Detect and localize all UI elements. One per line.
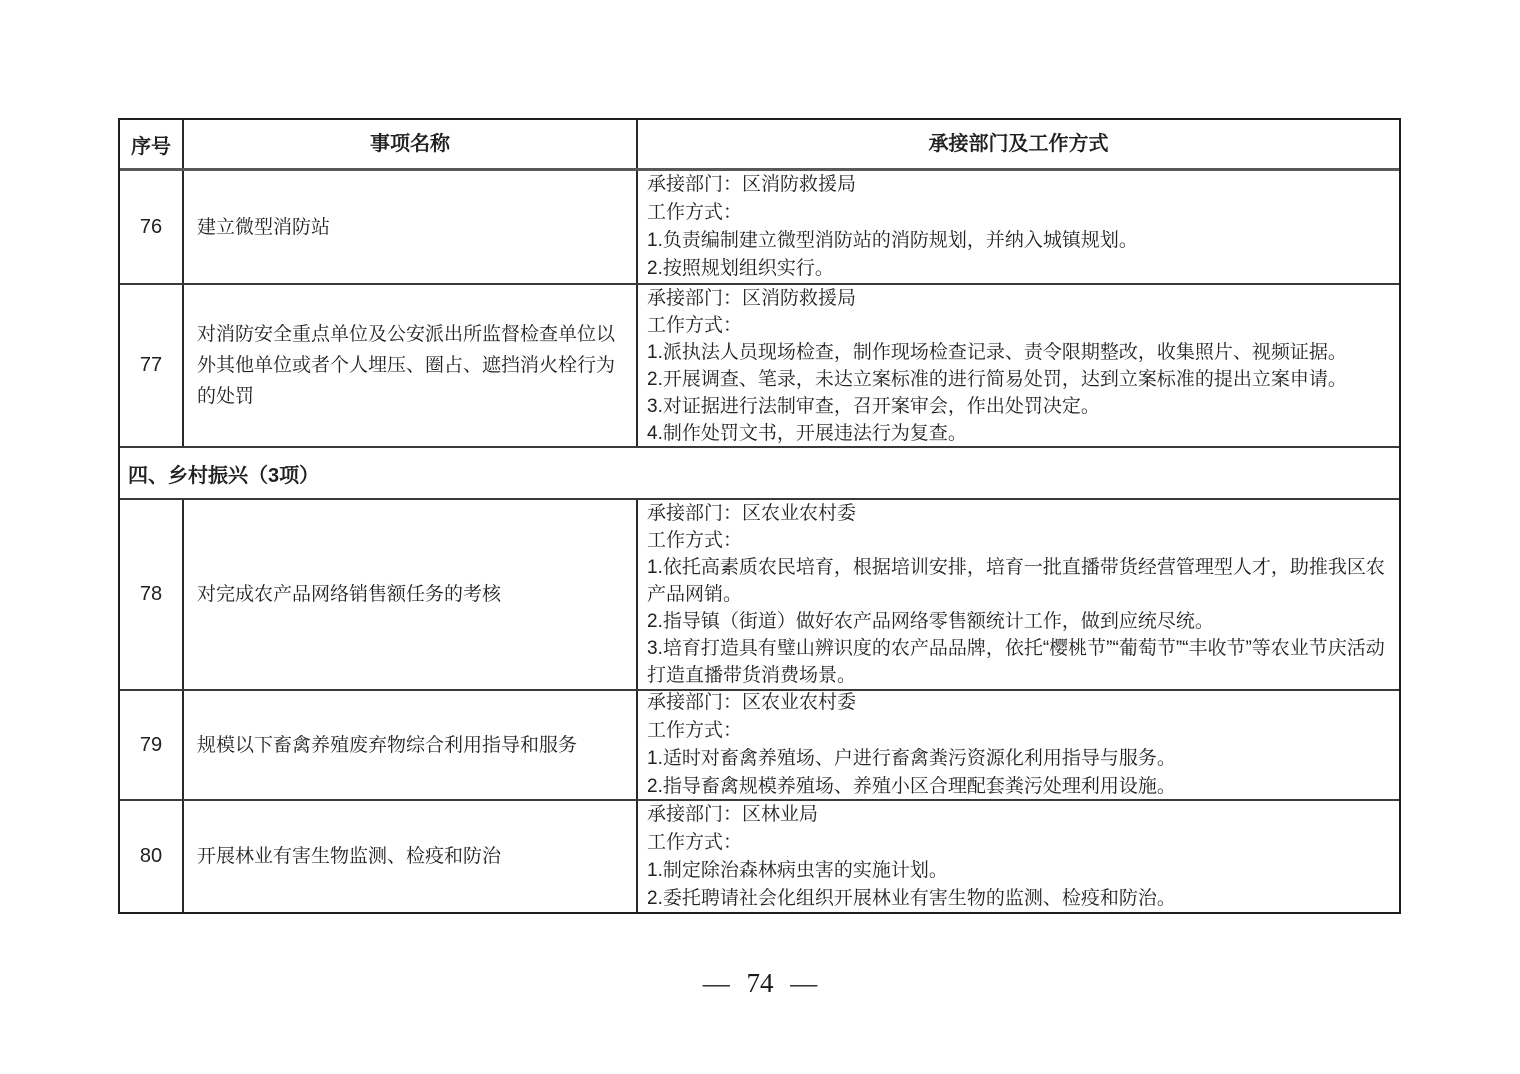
items-table: 序号 事项名称 承接部门及工作方式 76 建立微型消防站 承接部门：区消防救援局… [118, 118, 1401, 914]
detail-line: 1.派执法人员现场检查，制作现场检查记录、责令限期整改，收集照片、视频证据。 [647, 339, 1395, 366]
detail-line: 工作方式： [647, 312, 1395, 339]
cell-detail: 承接部门：区林业局 工作方式： 1.制定除治森林病虫害的实施计划。 2.委托聘请… [638, 801, 1399, 912]
document-page: 序号 事项名称 承接部门及工作方式 76 建立微型消防站 承接部门：区消防救援局… [0, 0, 1520, 1074]
table-row-78: 78 对完成农产品网络销售额任务的考核 承接部门：区农业农村委 工作方式： 1.… [120, 500, 1399, 691]
table-header-row: 序号 事项名称 承接部门及工作方式 [120, 120, 1399, 171]
detail-line: 2.指导镇（街道）做好农产品网络零售额统计工作，做到应统尽统。 [647, 608, 1395, 635]
detail-line: 1.依托高素质农民培育，根据培训安排，培育一批直播带货经营管理型人才，助推我区农… [647, 554, 1395, 608]
table-row-80: 80 开展林业有害生物监测、检疫和防治 承接部门：区林业局 工作方式： 1.制定… [120, 801, 1399, 912]
header-cell-name: 事项名称 [184, 120, 638, 168]
detail-line: 1.制定除治森林病虫害的实施计划。 [647, 857, 1395, 885]
detail-line: 承接部门：区林业局 [647, 801, 1395, 829]
cell-item-name: 建立微型消防站 [184, 171, 638, 283]
cell-seq: 77 [120, 285, 184, 446]
detail-line: 4.制作处罚文书，开展违法行为复查。 [647, 420, 1395, 447]
cell-item-name: 对消防安全重点单位及公安派出所监督检查单位以外其他单位或者个人埋压、圈占、遮挡消… [184, 285, 638, 446]
cell-detail: 承接部门：区消防救援局 工作方式： 1.负责编制建立微型消防站的消防规划，并纳入… [638, 171, 1399, 283]
detail-line: 2.指导畜禽规模养殖场、养殖小区合理配套粪污处理利用设施。 [647, 773, 1395, 799]
detail-line: 3.培育打造具有璧山辨识度的农产品品牌，依托“樱桃节”“葡萄节”“丰收节”等农业… [647, 635, 1395, 689]
cell-detail: 承接部门：区农业农村委 工作方式： 1.适时对畜禽养殖场、户进行畜禽粪污资源化利… [638, 691, 1399, 799]
page-number: — 74 — [0, 968, 1520, 999]
detail-line: 承接部门：区消防救援局 [647, 171, 1395, 199]
header-cell-dept: 承接部门及工作方式 [638, 120, 1399, 168]
table-row-79: 79 规模以下畜禽养殖废弃物综合利用指导和服务 承接部门：区农业农村委 工作方式… [120, 691, 1399, 801]
detail-line: 承接部门：区农业农村委 [647, 500, 1395, 527]
section-header-row: 四、乡村振兴（3项） [120, 448, 1399, 500]
cell-item-name: 规模以下畜禽养殖废弃物综合利用指导和服务 [184, 691, 638, 799]
cell-seq: 80 [120, 801, 184, 912]
cell-seq: 79 [120, 691, 184, 799]
cell-item-name: 开展林业有害生物监测、检疫和防治 [184, 801, 638, 912]
cell-seq: 76 [120, 171, 184, 283]
cell-detail: 承接部门：区农业农村委 工作方式： 1.依托高素质农民培育，根据培训安排，培育一… [638, 500, 1399, 689]
detail-line: 工作方式： [647, 527, 1395, 554]
cell-detail: 承接部门：区消防救援局 工作方式： 1.派执法人员现场检查，制作现场检查记录、责… [638, 285, 1399, 446]
detail-line: 工作方式： [647, 199, 1395, 227]
detail-line: 2.开展调查、笔录，未达立案标准的进行简易处罚，达到立案标准的提出立案申请。 [647, 366, 1395, 393]
cell-item-name: 对完成农产品网络销售额任务的考核 [184, 500, 638, 689]
detail-line: 1.负责编制建立微型消防站的消防规划，并纳入城镇规划。 [647, 227, 1395, 255]
detail-line: 工作方式： [647, 829, 1395, 857]
cell-seq: 78 [120, 500, 184, 689]
detail-line: 2.委托聘请社会化组织开展林业有害生物的监测、检疫和防治。 [647, 885, 1395, 913]
table-row-77: 77 对消防安全重点单位及公安派出所监督检查单位以外其他单位或者个人埋压、圈占、… [120, 285, 1399, 448]
detail-line: 1.适时对畜禽养殖场、户进行畜禽粪污资源化利用指导与服务。 [647, 745, 1395, 773]
table-row-76: 76 建立微型消防站 承接部门：区消防救援局 工作方式： 1.负责编制建立微型消… [120, 171, 1399, 285]
detail-line: 承接部门：区农业农村委 [647, 691, 1395, 717]
detail-line: 承接部门：区消防救援局 [647, 285, 1395, 312]
detail-line: 工作方式： [647, 717, 1395, 745]
detail-line: 3.对证据进行法制审查，召开案审会，作出处罚决定。 [647, 393, 1395, 420]
detail-line: 2.按照规划组织实行。 [647, 255, 1395, 283]
header-cell-seq: 序号 [120, 120, 184, 168]
